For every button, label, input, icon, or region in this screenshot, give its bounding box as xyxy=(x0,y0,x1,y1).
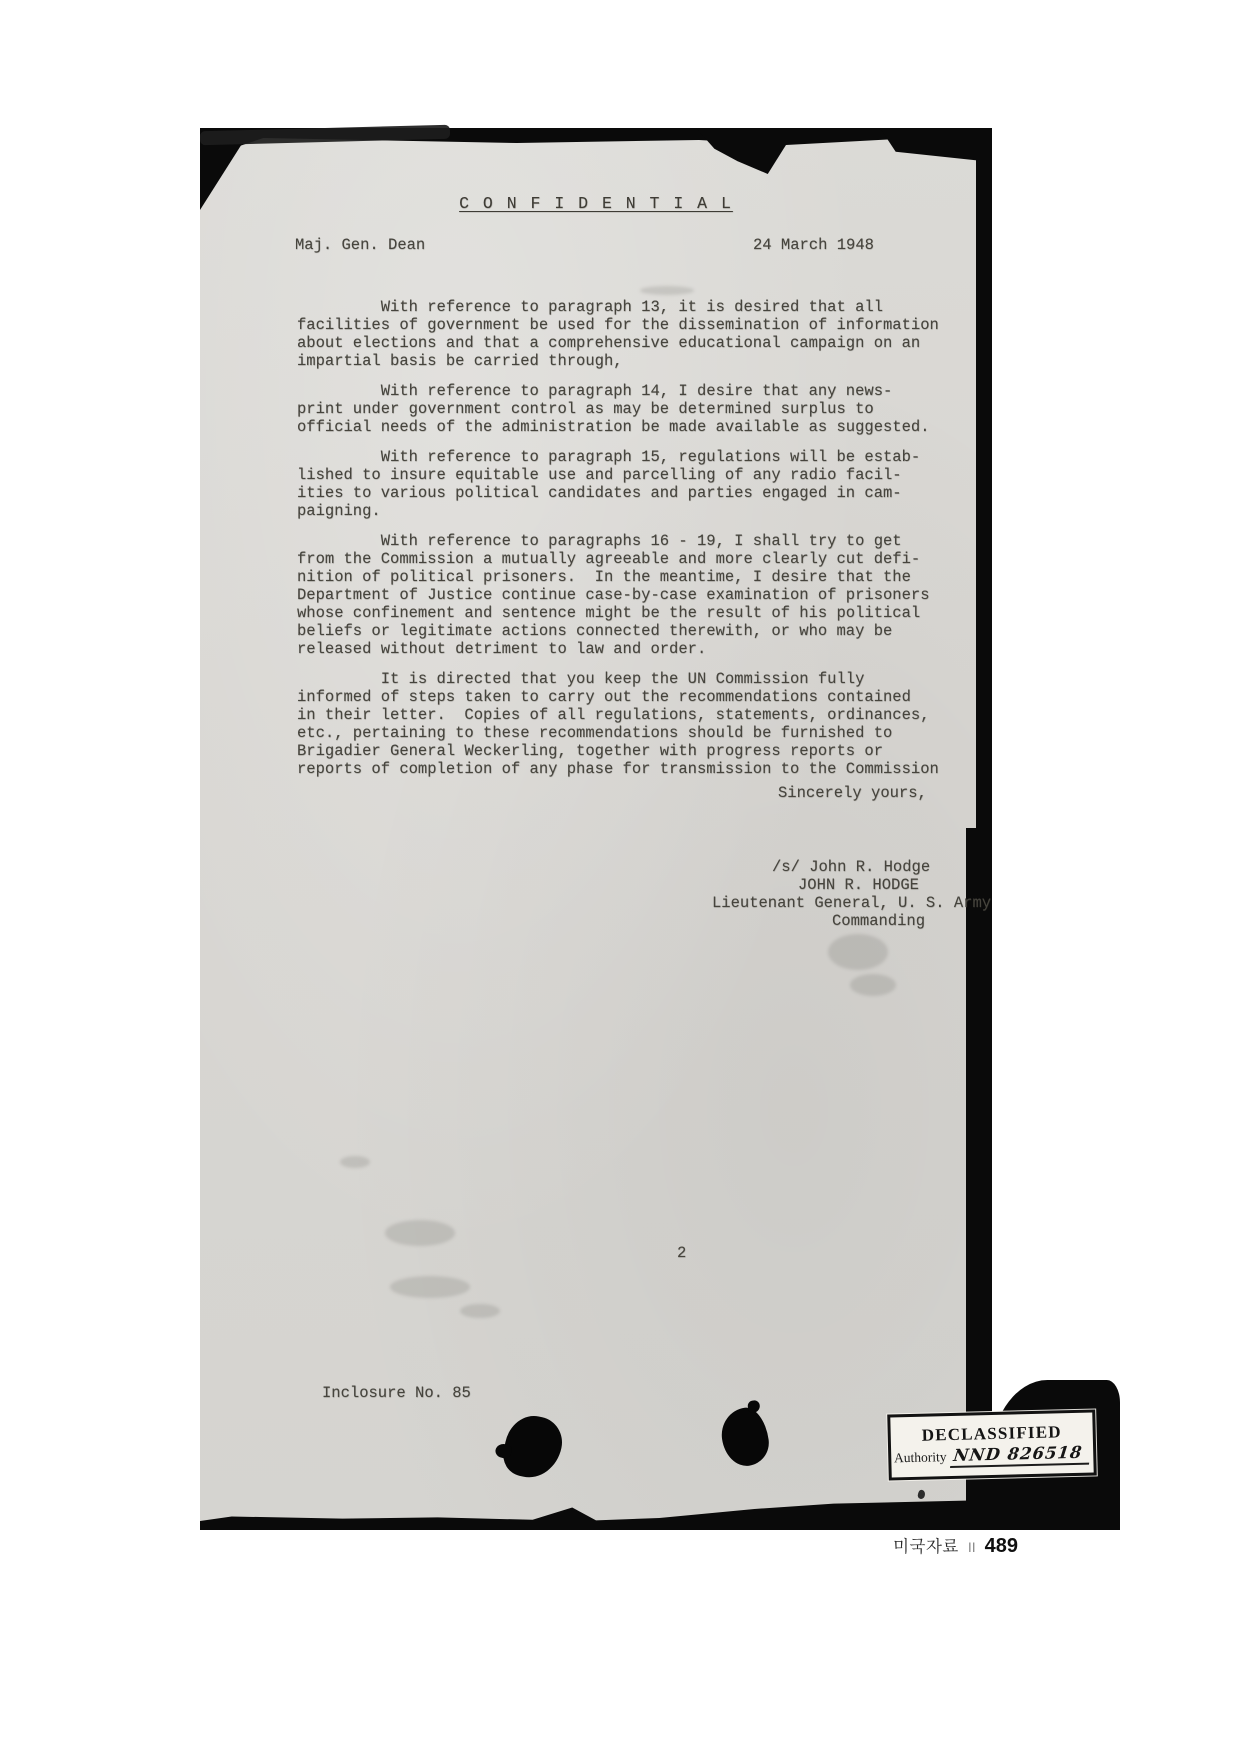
closing-salutation: Sincerely yours, xyxy=(778,784,927,802)
letter-body: With reference to paragraph 13, it is de… xyxy=(297,298,957,790)
typed-line: etc., pertaining to these recommendation… xyxy=(297,724,957,742)
typewriter-stray-marks xyxy=(640,286,694,295)
pencil-smudge xyxy=(828,934,888,970)
scanned-letter: C O N F I D E N T I A L Maj. Gen. Dean 2… xyxy=(200,128,1120,1530)
signature-name: JOHN R. HODGE xyxy=(798,876,919,894)
typed-line: It is directed that you keep the UN Comm… xyxy=(297,670,957,688)
typed-line: lished to insure equitable use and parce… xyxy=(297,466,957,484)
typed-line: With reference to paragraph 15, regulati… xyxy=(297,448,957,466)
typed-line: official needs of the administration be … xyxy=(297,418,957,436)
addressee: Maj. Gen. Dean xyxy=(295,236,425,254)
footer-page-number: 489 xyxy=(985,1535,1018,1558)
typed-line: reports of completion of any phase for t… xyxy=(297,760,957,778)
footer-source: 미국자료 xyxy=(893,1533,959,1557)
typed-line: Department of Justice continue case-by-c… xyxy=(297,586,957,604)
typed-line: Brigadier General Weckerling, together w… xyxy=(297,742,957,760)
pencil-smudge xyxy=(385,1220,455,1246)
typed-line: released without detriment to law and or… xyxy=(297,640,957,658)
pencil-smudge xyxy=(340,1156,370,1168)
book-footer: 미국자료 II 489 xyxy=(893,1533,1018,1558)
stamp-authority-number: NND 826518 xyxy=(950,1442,1092,1467)
paragraph: With reference to paragraphs 16 - 19, I … xyxy=(297,532,957,658)
pencil-smudge xyxy=(390,1276,470,1298)
pencil-smudge xyxy=(460,1304,500,1318)
typed-line: beliefs or legitimate actions connected … xyxy=(297,622,957,640)
typed-line: informed of steps taken to carry out the… xyxy=(297,688,957,706)
classification-heading: C O N F I D E N T I A L xyxy=(200,194,992,213)
typed-line: whose confinement and sentence might be … xyxy=(297,604,957,622)
signature-signed: /s/ John R. Hodge xyxy=(772,858,930,876)
stamp-authority-label: Authority xyxy=(894,1449,947,1466)
stamp-title: DECLASSIFIED xyxy=(921,1422,1062,1445)
paragraph: It is directed that you keep the UN Comm… xyxy=(297,670,957,778)
signature-role: Commanding xyxy=(832,912,925,930)
typed-line: in their letter. Copies of all regulatio… xyxy=(297,706,957,724)
typed-line: With reference to paragraphs 16 - 19, I … xyxy=(297,532,957,550)
typed-line: With reference to paragraph 14, I desire… xyxy=(297,382,957,400)
typed-line: With reference to paragraph 13, it is de… xyxy=(297,298,957,316)
enclosure-note: Inclosure No. 85 xyxy=(322,1384,471,1402)
date-line: 24 March 1948 xyxy=(753,236,874,254)
paragraph: With reference to paragraph 13, it is de… xyxy=(297,298,957,370)
typed-line: print under government control as may be… xyxy=(297,400,957,418)
pencil-smudge xyxy=(850,974,896,996)
typed-line: ities to various political candidates an… xyxy=(297,484,957,502)
paragraph: With reference to paragraph 15, regulati… xyxy=(297,448,957,520)
typed-line: impartial basis be carried through, xyxy=(297,352,957,370)
declassified-stamp: DECLASSIFIED Authority NND 826518 xyxy=(887,1409,1097,1480)
typed-line: from the Commission a mutually agreeable… xyxy=(297,550,957,568)
typed-line: facilities of government be used for the… xyxy=(297,316,957,334)
typed-line: nition of political prisoners. In the me… xyxy=(297,568,957,586)
footer-volume: II xyxy=(968,1539,976,1555)
signature-rank: Lieutenant General, U. S. Army xyxy=(712,894,991,912)
paragraph: With reference to paragraph 14, I desire… xyxy=(297,382,957,436)
typed-line: paigning. xyxy=(297,502,957,520)
page-number: 2 xyxy=(677,1244,686,1262)
typed-line: about elections and that a comprehensive… xyxy=(297,334,957,352)
